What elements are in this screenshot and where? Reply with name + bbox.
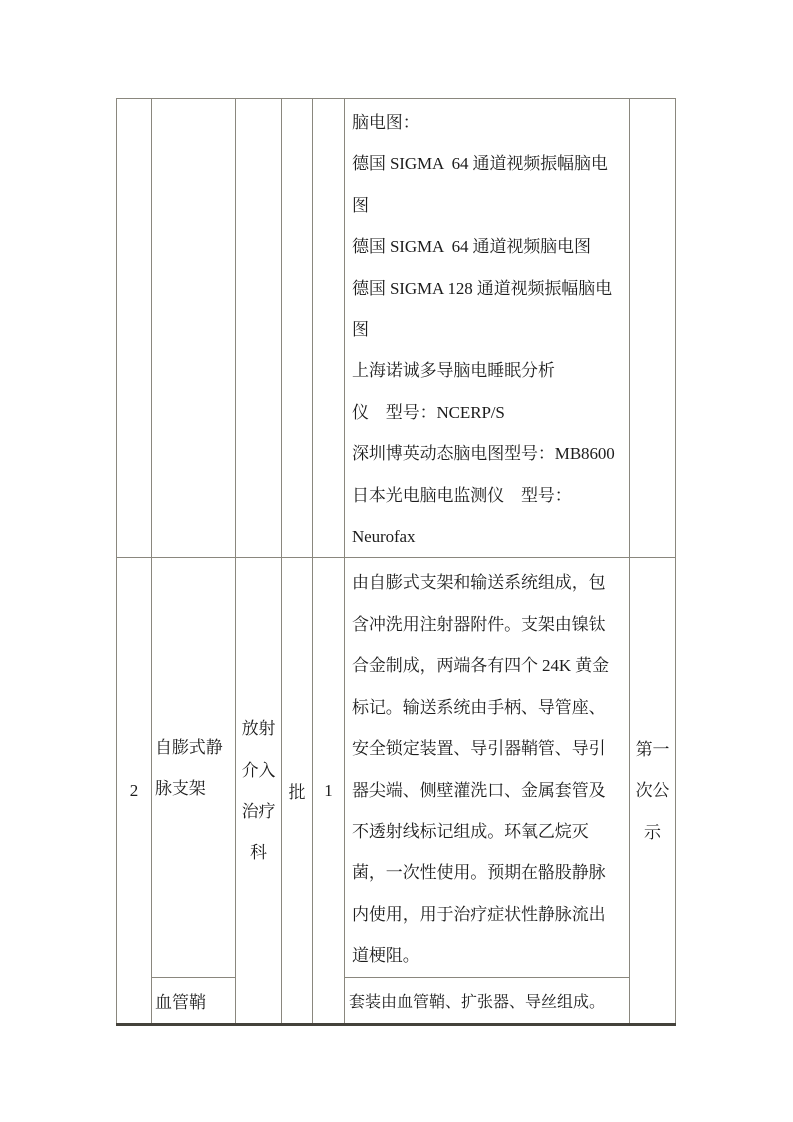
text-line: 放射	[236, 708, 281, 749]
text-line: 示	[630, 812, 675, 853]
text-line: 安全锁定装置、导引器鞘管、导引	[352, 728, 629, 769]
row2-item1-description-cell: 由自膨式支架和输送系统组成，包含冲洗用注射器附件。支架由镍钛合金制成，两端各有四…	[345, 558, 630, 978]
table-row: 血管鞘 套装由血管鞘、扩张器、导丝组成。	[117, 978, 676, 1025]
text-line: 内使用，用于治疗症状性静脉流出	[352, 894, 629, 935]
row2-item2-description-cell: 套装由血管鞘、扩张器、导丝组成。	[345, 978, 630, 1025]
document-page: 脑电图：德国 SIGMA 64 通道视频振幅脑电图德国 SIGMA 64 通道视…	[0, 0, 793, 1122]
text-line: 次公	[630, 770, 675, 811]
text-line: 合金制成，两端各有四个 24K 黄金	[352, 645, 629, 686]
text-line: 器尖端、侧壁灌洗口、金属套管及	[352, 770, 629, 811]
text-line: 德国 SIGMA 64 通道视频脑电图	[352, 226, 629, 267]
row2-item1-name-cell: 自膨式静脉支架	[152, 558, 236, 978]
equipment-procurement-table: 脑电图：德国 SIGMA 64 通道视频振幅脑电图德国 SIGMA 64 通道视…	[116, 98, 676, 1026]
row2-department-cell: 放射介入治疗科	[236, 558, 282, 1025]
row2-status-cell: 第一次公示	[630, 558, 676, 1025]
row1-item-name-cell	[152, 99, 236, 558]
row1-unit-cell	[282, 99, 313, 558]
text-line: 脑电图：	[352, 102, 629, 143]
text-line: 仪 型号：NCERP/S	[352, 392, 629, 433]
row1-department-cell	[236, 99, 282, 558]
text-line: 治疗	[236, 791, 281, 832]
row1-description-cell: 脑电图：德国 SIGMA 64 通道视频振幅脑电图德国 SIGMA 64 通道视…	[345, 99, 630, 558]
row2-item2-name-cell: 血管鞘	[152, 978, 236, 1025]
row1-seq-cell	[117, 99, 152, 558]
text-line: 科	[236, 832, 281, 873]
text-line: 深圳博英动态脑电图型号：MB8600	[352, 433, 629, 474]
text-line: 日本光电脑电监测仪 型号：	[352, 475, 629, 516]
row2-unit-cell: 批	[282, 558, 313, 1025]
text-line: 脉支架	[155, 768, 235, 809]
text-line: 道梗阻。	[352, 935, 629, 976]
text-line: 图	[352, 185, 629, 226]
text-line: 自膨式静	[155, 727, 235, 768]
text-line: 菌，一次性使用。预期在骼股静脉	[352, 852, 629, 893]
text-line: 德国 SIGMA 64 通道视频振幅脑电	[352, 143, 629, 184]
row2-quantity-cell: 1	[313, 558, 345, 1025]
text-line: 标记。输送系统由手柄、导管座、	[352, 687, 629, 728]
text-line: Neurofax	[352, 516, 629, 557]
row1-quantity-cell	[313, 99, 345, 558]
text-line: 不透射线标记组成。环氧乙烷灭	[352, 811, 629, 852]
table-row: 2 自膨式静脉支架 放射介入治疗科 批 1 由自膨式支架和输送系统组成，包含冲洗…	[117, 558, 676, 978]
text-line: 德国 SIGMA 128 通道视频振幅脑电	[352, 268, 629, 309]
table-row: 脑电图：德国 SIGMA 64 通道视频振幅脑电图德国 SIGMA 64 通道视…	[117, 99, 676, 558]
row1-status-cell	[630, 99, 676, 558]
text-line: 由自膨式支架和输送系统组成，包	[352, 562, 629, 603]
text-line: 介入	[236, 750, 281, 791]
text-line: 第一	[630, 729, 675, 770]
text-line: 含冲洗用注射器附件。支架由镍钛	[352, 604, 629, 645]
text-line: 上海诺诚多导脑电睡眠分析	[352, 350, 629, 391]
row2-seq-cell: 2	[117, 558, 152, 1025]
text-line: 图	[352, 309, 629, 350]
